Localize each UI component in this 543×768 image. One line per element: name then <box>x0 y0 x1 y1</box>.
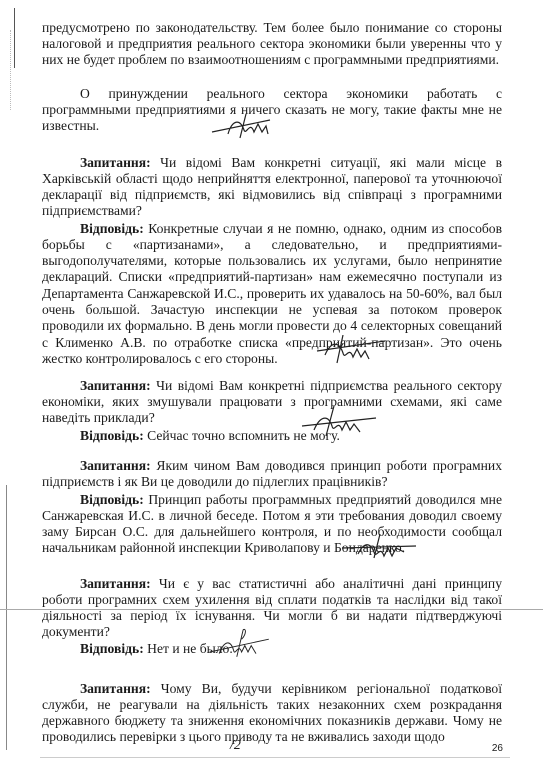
answer-label: Відповідь: <box>80 492 144 507</box>
answer-label: Відповідь: <box>80 221 144 236</box>
question-label: Запитання: <box>80 576 151 591</box>
answer-label: Відповідь: <box>80 428 144 443</box>
scan-edge-dots <box>10 30 12 110</box>
question-label: Запитання: <box>80 458 151 473</box>
question-label: Запитання: <box>80 681 151 696</box>
paragraph-text: предусмотрено по законодательству. Тем б… <box>42 20 502 69</box>
scan-edge-mark <box>14 8 15 68</box>
answer-label: Відповідь: <box>80 641 144 656</box>
signature <box>315 335 395 367</box>
scan-edge-mark <box>6 485 7 750</box>
qa-answer: Відповідь: Конкретные случаи я не помню,… <box>42 207 502 381</box>
answer-text: Конкретные случаи я не помню, однако, од… <box>42 221 502 366</box>
page-number: 26 <box>492 743 503 754</box>
page-initials-mark: /2 <box>230 738 241 754</box>
signature <box>300 406 380 438</box>
paragraph-continuation: предусмотрено по законодательству. Тем б… <box>42 6 502 82</box>
question-label: Запитання: <box>80 378 151 393</box>
question-label: Запитання: <box>80 155 151 170</box>
signature <box>210 110 290 142</box>
qa-answer: Відповідь: Принцип работы программных пр… <box>42 478 502 570</box>
signature <box>200 628 280 660</box>
qa-question: Запитання: Чому Ви, будучи керівником ре… <box>42 667 502 759</box>
scanned-document-page: предусмотрено по законодательству. Тем б… <box>0 0 543 768</box>
